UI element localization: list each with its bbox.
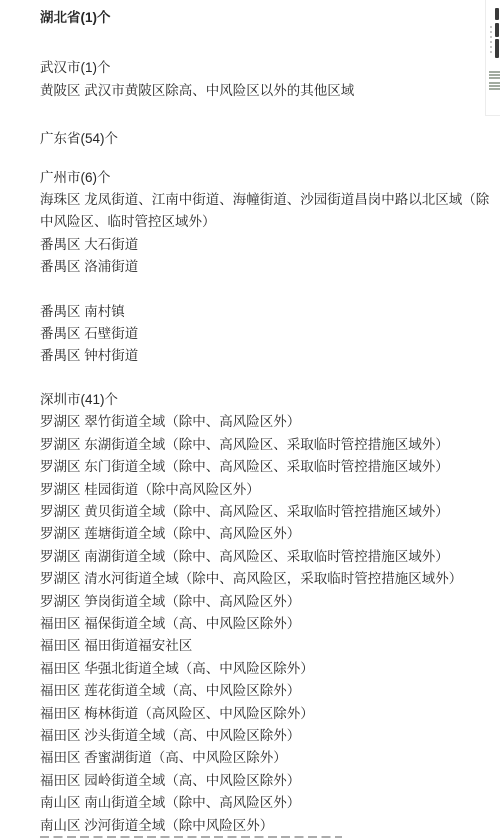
entry-line: 罗湖区 桂园街道（除中高风险区外） (40, 479, 476, 501)
risk-area-list: 湖北省(1)个武汉市(1)个黄陂区 武汉市黄陂区除高、中风险区以外的其他区域广东… (0, 0, 500, 837)
city-heading-line: 武汉市(1)个 (40, 57, 476, 79)
entry-line: 罗湖区 笋岗街道全域（除中、高风险区外） (40, 591, 476, 613)
entry-line: 福田区 莲花街道全域（高、中风险区除外） (40, 680, 476, 702)
clipped-dots-icon (490, 26, 492, 56)
entry-continuation-line: 中风险区、临时管控区域外） (40, 211, 476, 233)
entry-line: 罗湖区 南湖街道全域（除中、高风险区、采取临时管控措施区域外） (40, 546, 476, 568)
entry-line: 福田区 沙头街道全域（高、中风险区除外） (40, 725, 476, 747)
entry-line: 黄陂区 武汉市黄陂区除高、中风险区以外的其他区域 (40, 80, 476, 102)
article-page: 湖北省(1)个武汉市(1)个黄陂区 武汉市黄陂区除高、中风险区以外的其他区域广东… (0, 0, 500, 838)
entry-line: 南山区 南山街道全域（除中、高风险区外） (40, 792, 476, 814)
entry-line: 罗湖区 黄贝街道全域（除中、高风险区、采取临时管控措施区域外） (40, 501, 476, 523)
entry-line: 罗湖区 清水河街道全域（除中、高风险区，采取临时管控措施区域外） (40, 568, 476, 590)
entry-line: 福田区 梅林街道（高风险区、中风险区除外） (40, 703, 476, 725)
entry-line: 罗湖区 东门街道全域（除中、高风险区、采取临时管控措施区域外） (40, 456, 476, 478)
province-heading-line: 广东省(54)个 (40, 128, 476, 150)
city-heading-line: 广州市(6)个 (40, 167, 476, 189)
entry-line: 福田区 福田街道福安社区 (40, 635, 476, 657)
city-heading-line: 深圳市(41)个 (40, 389, 476, 411)
entry-line: 海珠区 龙凤街道、江南中街道、海幢街道、沙园街道昌岗中路以北区域（除 (40, 189, 476, 211)
entry-line: 南山区 沙河街道全域（除中风险区外） (40, 815, 476, 837)
entry-line: 福田区 福保街道全域（高、中风险区除外） (40, 613, 476, 635)
entry-line: 罗湖区 翠竹街道全域（除中、高风险区外） (40, 411, 476, 433)
clipped-text-fragment-icon (489, 82, 500, 91)
clipped-text-fragment-icon (489, 71, 500, 80)
entry-line: 番禺区 钟村街道 (40, 345, 476, 367)
clipped-glyph-bar-icon (495, 23, 499, 37)
entry-line: 番禺区 南村镇 (40, 301, 476, 323)
entry-line: 罗湖区 东湖街道全域（除中、高风险区、采取临时管控措施区域外） (40, 434, 476, 456)
entry-line: 福田区 华强北街道全域（高、中风险区除外） (40, 658, 476, 680)
entry-line: 罗湖区 莲塘街道全域（除中、高风险区外） (40, 523, 476, 545)
entry-line: 福田区 园岭街道全域（高、中风险区除外） (40, 770, 476, 792)
clipped-glyph-bar-icon (495, 39, 499, 58)
entry-line: 番禺区 大石街道 (40, 234, 476, 256)
entry-line: 番禺区 石壁街道 (40, 323, 476, 345)
clipped-glyph-bar-icon (495, 8, 499, 20)
entry-line: 福田区 香蜜湖街道（高、中风险区除外） (40, 747, 476, 769)
entry-line: 番禺区 洛浦街道 (40, 256, 476, 278)
clipped-side-panel (485, 0, 500, 116)
province-heading-line: 湖北省(1)个 (40, 7, 476, 29)
